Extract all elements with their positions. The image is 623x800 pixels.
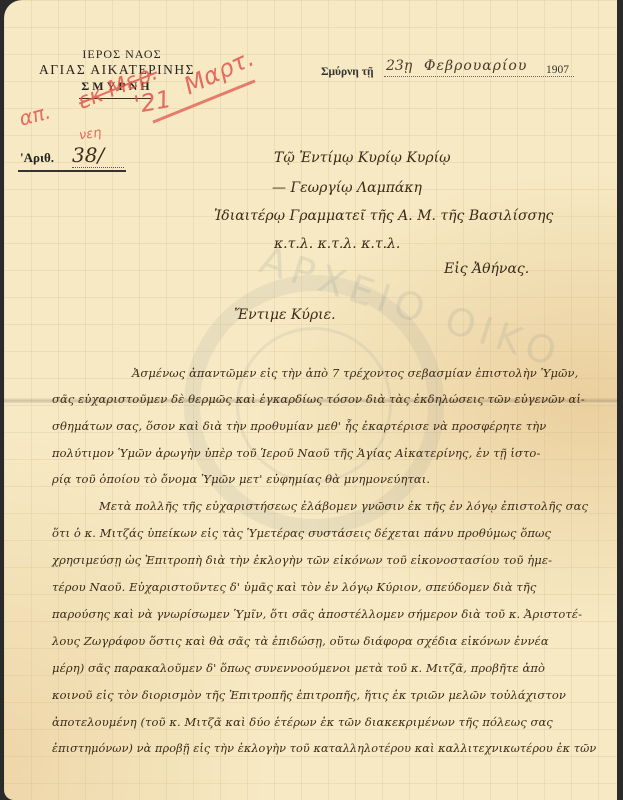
body-line: ἐπιστημόνων) νὰ προβῇ εἰς τὴν ἐκλογὴν το…	[52, 742, 596, 755]
body-line: Μετὰ πολλῆς τῆς εὐχαριστήσεως ἐλάβομεν γ…	[99, 499, 588, 513]
addressee-line-2: — Γεωργίῳ Λαμπάκη	[272, 180, 422, 196]
reference-underline	[18, 170, 126, 172]
date-month: Φεβρουαρίου	[424, 58, 527, 74]
body-line: ἀποτελουμένη (τοῦ κ. Μιτζᾶ καὶ δύο ἑτέρω…	[52, 715, 553, 729]
body-line: παρούσης καὶ νὰ γνωρίσωμεν Ὑμῖν, ὅτι σᾶς…	[52, 607, 582, 621]
body-line: ὅτι ὁ κ. Μιτζάς ὑπείκων εἰς τὰς Ὑμετέρας…	[52, 526, 551, 540]
addressee-line-3: Ἰδιαιτέρῳ Γραμματεῖ τῆς Α. Μ. τῆς Βασιλί…	[214, 208, 553, 224]
addressee-line-4: κ.τ.λ. κ.τ.λ. κ.τ.λ.	[274, 236, 400, 252]
addressee-line-1: Τῷ Ἐντίμῳ Κυρίῳ Κυρίῳ	[274, 150, 451, 166]
date-day: 23ῃ	[386, 58, 412, 74]
red-annotation-5: νεη	[78, 126, 102, 144]
body-line: σθημάτων σας, ὅσον καὶ διὰ τὴν προθυμίαν…	[52, 419, 546, 433]
body-line: ρίᾳ τοῦ ὁποίου τὸ ὄνομα Ὑμῶν μετ' εὐφημί…	[52, 472, 430, 486]
reference-number: 38/	[72, 143, 124, 168]
red-annotation-1: απ.	[16, 99, 53, 130]
salutation: Ἔντιμε Κύριε.	[234, 307, 336, 323]
reference-label: 'Αριθ.	[20, 150, 54, 166]
body-line: λους Ζωγράφου ὅστις καὶ θὰ σᾶς τὰ ἐπιδώσ…	[52, 634, 549, 648]
body-line: κοινοῦ εἰς τὸν διορισμὸν τῆς Ἐπιτροπῆς ἐ…	[52, 688, 566, 702]
body-line: χρησιμεύσῃ ὡς Ἐπιτροπὴ διὰ τὴν ἐκλογὴν τ…	[52, 553, 552, 567]
body-line: μέρη) σᾶς παρακαλοῦμεν δ' ὅπως συνεννοού…	[52, 661, 545, 675]
body-line: Ἀσμένως ἀπαντῶμεν εἰς τὴν ἀπὸ 7 τρέχοντο…	[132, 366, 578, 380]
letterhead-line-1: ΙΕΡΟΣ ΝΑΟΣ	[52, 47, 192, 62]
addressee-line-5: Εἰς Ἀθήνας.	[444, 261, 529, 277]
body-line: σᾶς εὐχαριστοῦμεν δὲ θερμῶς καὶ ἐγκαρδίω…	[52, 392, 585, 406]
date-year: 1907	[546, 64, 569, 76]
body-line: τέρου Ναοῦ. Εὐχαριστοῦντες δ' ὑμᾶς καὶ τ…	[52, 580, 536, 594]
letter-page: ΑΡΧΕΙΟ ΟΙΚΟ ΙΕΡΟΣ ΝΑΟΣ ΑΓΙΑΣ ΑΙΚΑΤΕΡΙΝΗΣ…	[4, 0, 617, 800]
date-label: Σμύρνη τῇ	[321, 66, 374, 78]
body-line: πολύτιμον Ὑμῶν ἀρωγὴν ὑπὲρ τοῦ Ἱεροῦ Ναο…	[52, 446, 540, 460]
